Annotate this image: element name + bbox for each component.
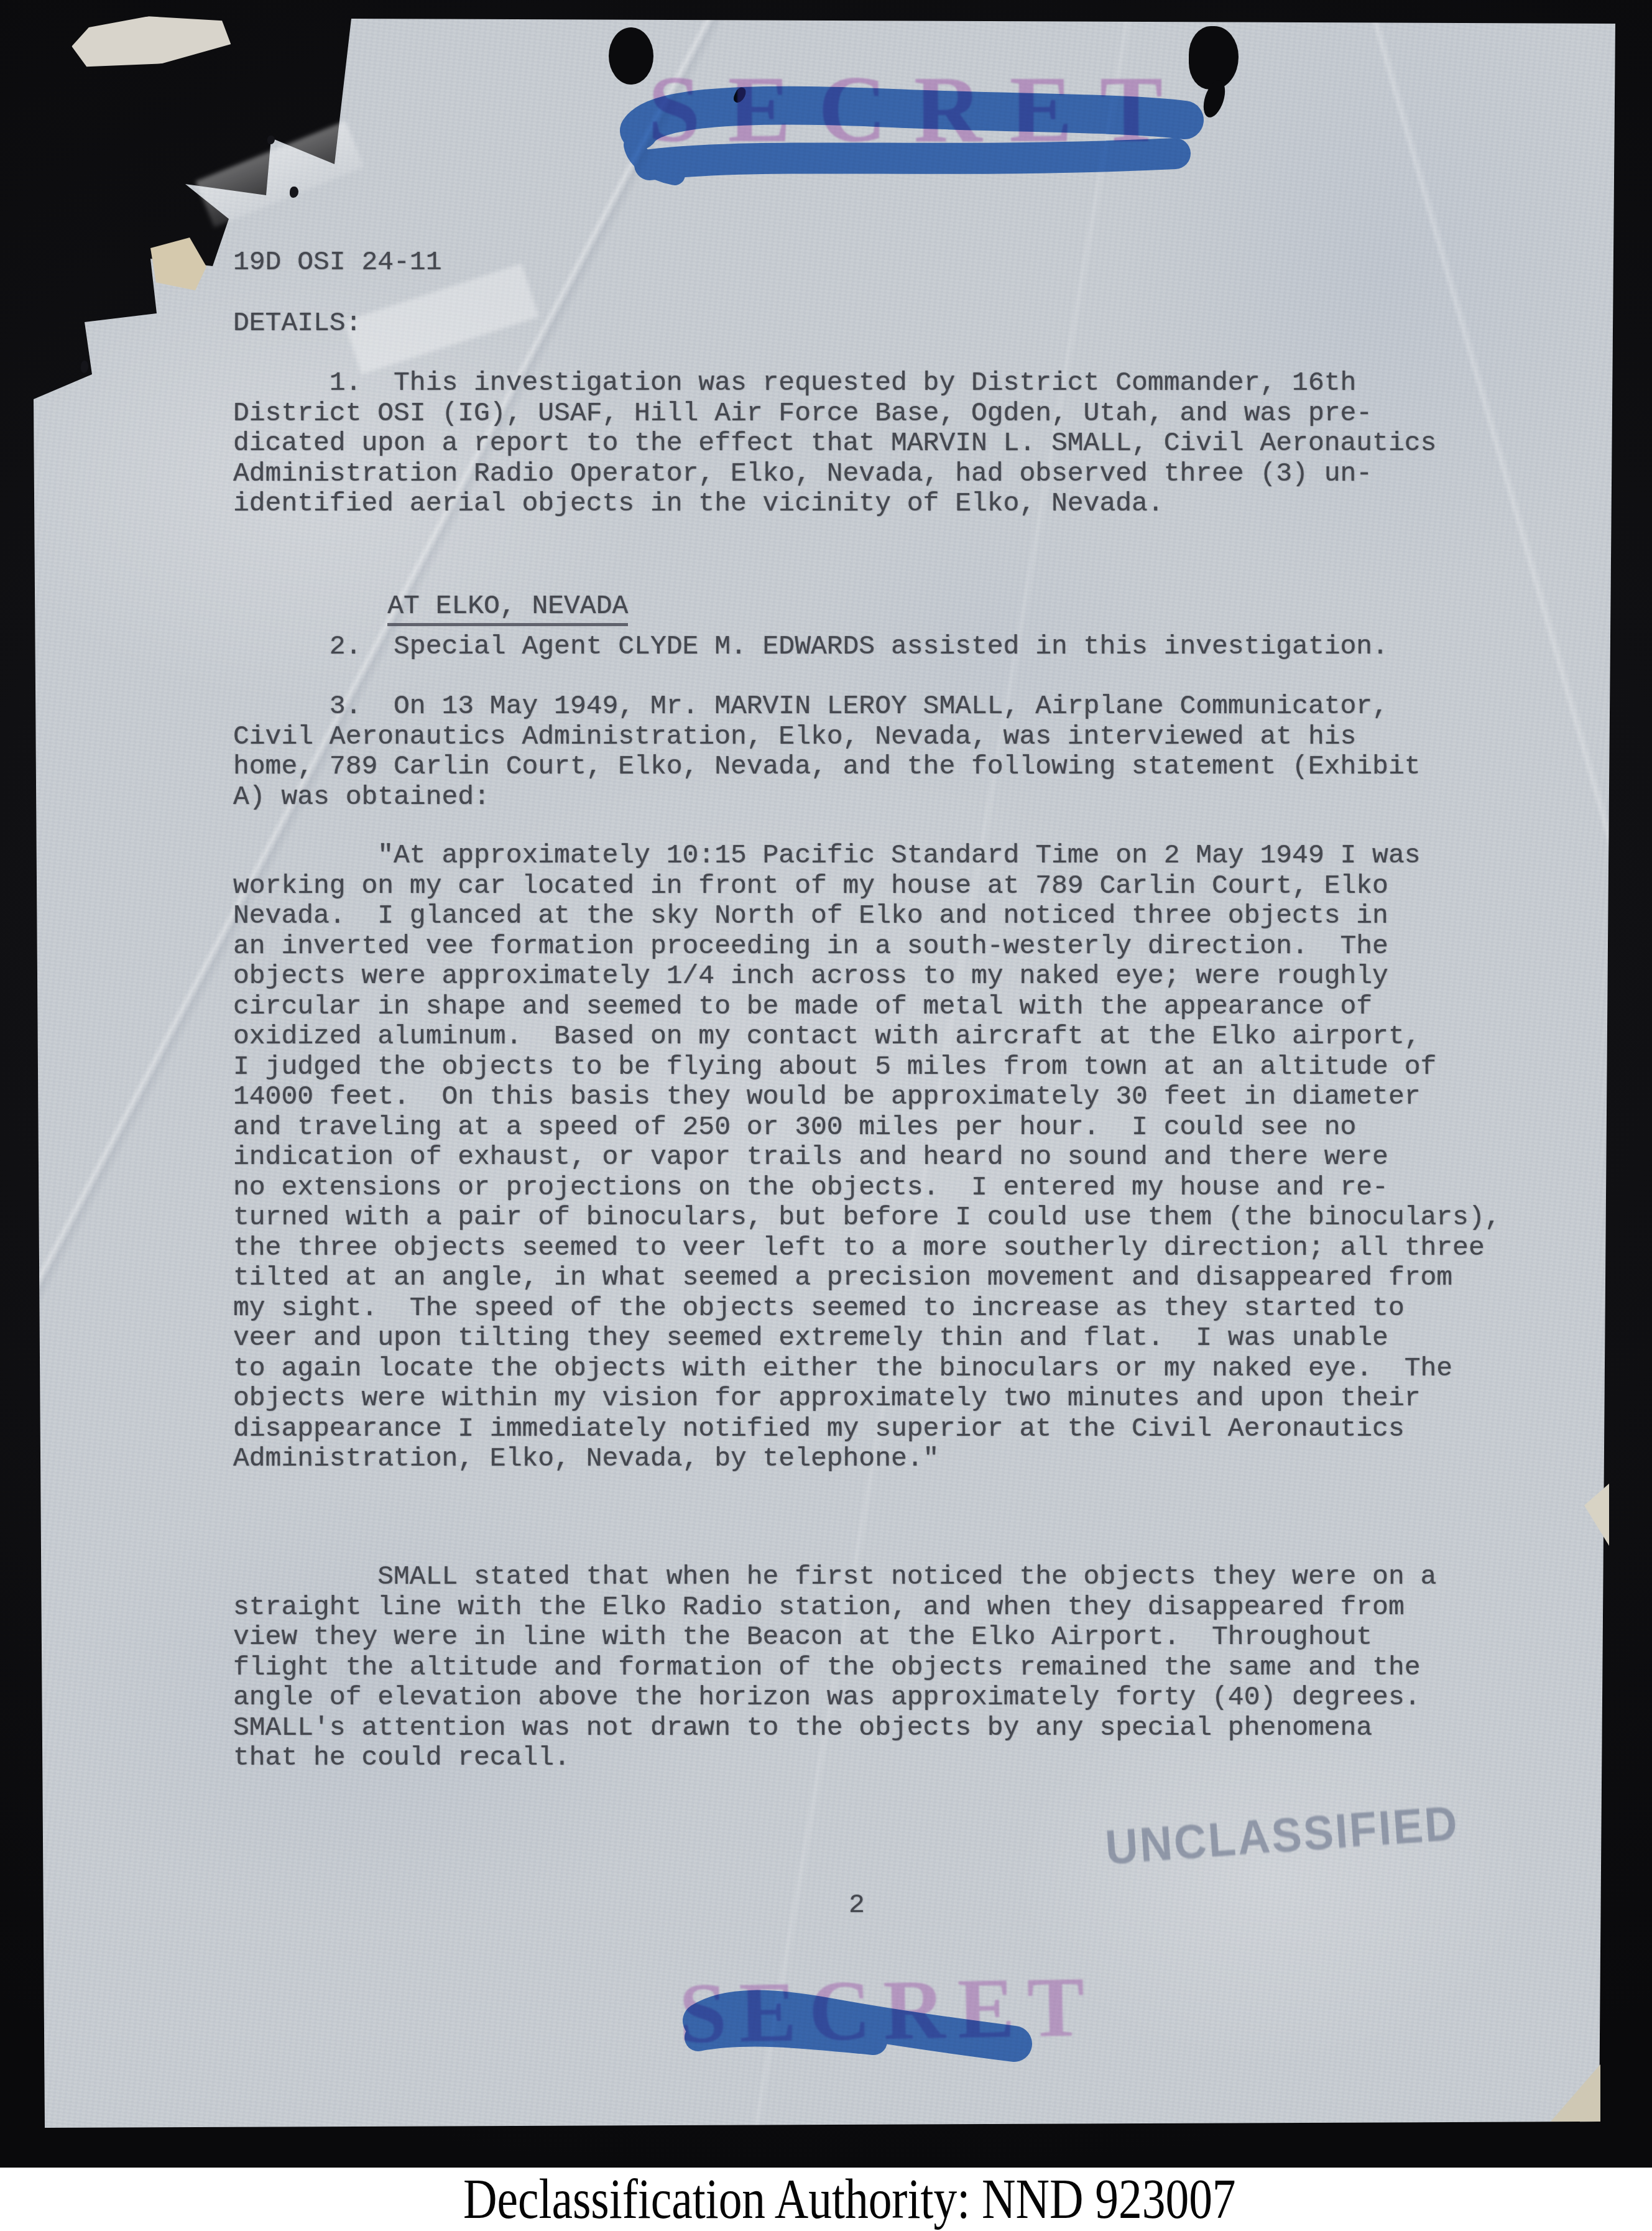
marker-strikethrough-bottom: [668, 1987, 1054, 2080]
paragraph-3: 3. On 13 May 1949, Mr. MARVIN LEROY SMAL…: [233, 691, 1421, 812]
paper-speck-2: [81, 361, 88, 373]
declassification-authority-text: Declassification Authority: NND 923007: [463, 2168, 1235, 2230]
page-number: 2: [849, 1890, 865, 1921]
marker-strikethrough-top: [616, 72, 1206, 190]
details-heading: DETAILS:: [233, 308, 361, 339]
paragraph-2: 2. Special Agent CLYDE M. EDWARDS assist…: [233, 632, 1388, 662]
summary-paragraph: SMALL stated that when he first noticed …: [233, 1562, 1436, 1773]
reference-number: 19D OSI 24-11: [233, 247, 441, 278]
torn-fragment-top-left: [70, 8, 233, 73]
paragraph-1: 1. This investigation was requested by D…: [233, 368, 1436, 519]
section-heading-label: AT ELKO, NEVADA: [387, 591, 628, 627]
scanned-document: SECRET SECRET UNCLASSIFIED 19D OSI 24-11…: [0, 0, 1652, 2231]
torn-fragment-cream: [150, 238, 206, 290]
declassification-strip: Declassification Authority: NND 923007: [0, 2168, 1652, 2231]
witness-statement: "At approximately 10:15 Pacific Standard…: [233, 841, 1501, 1474]
